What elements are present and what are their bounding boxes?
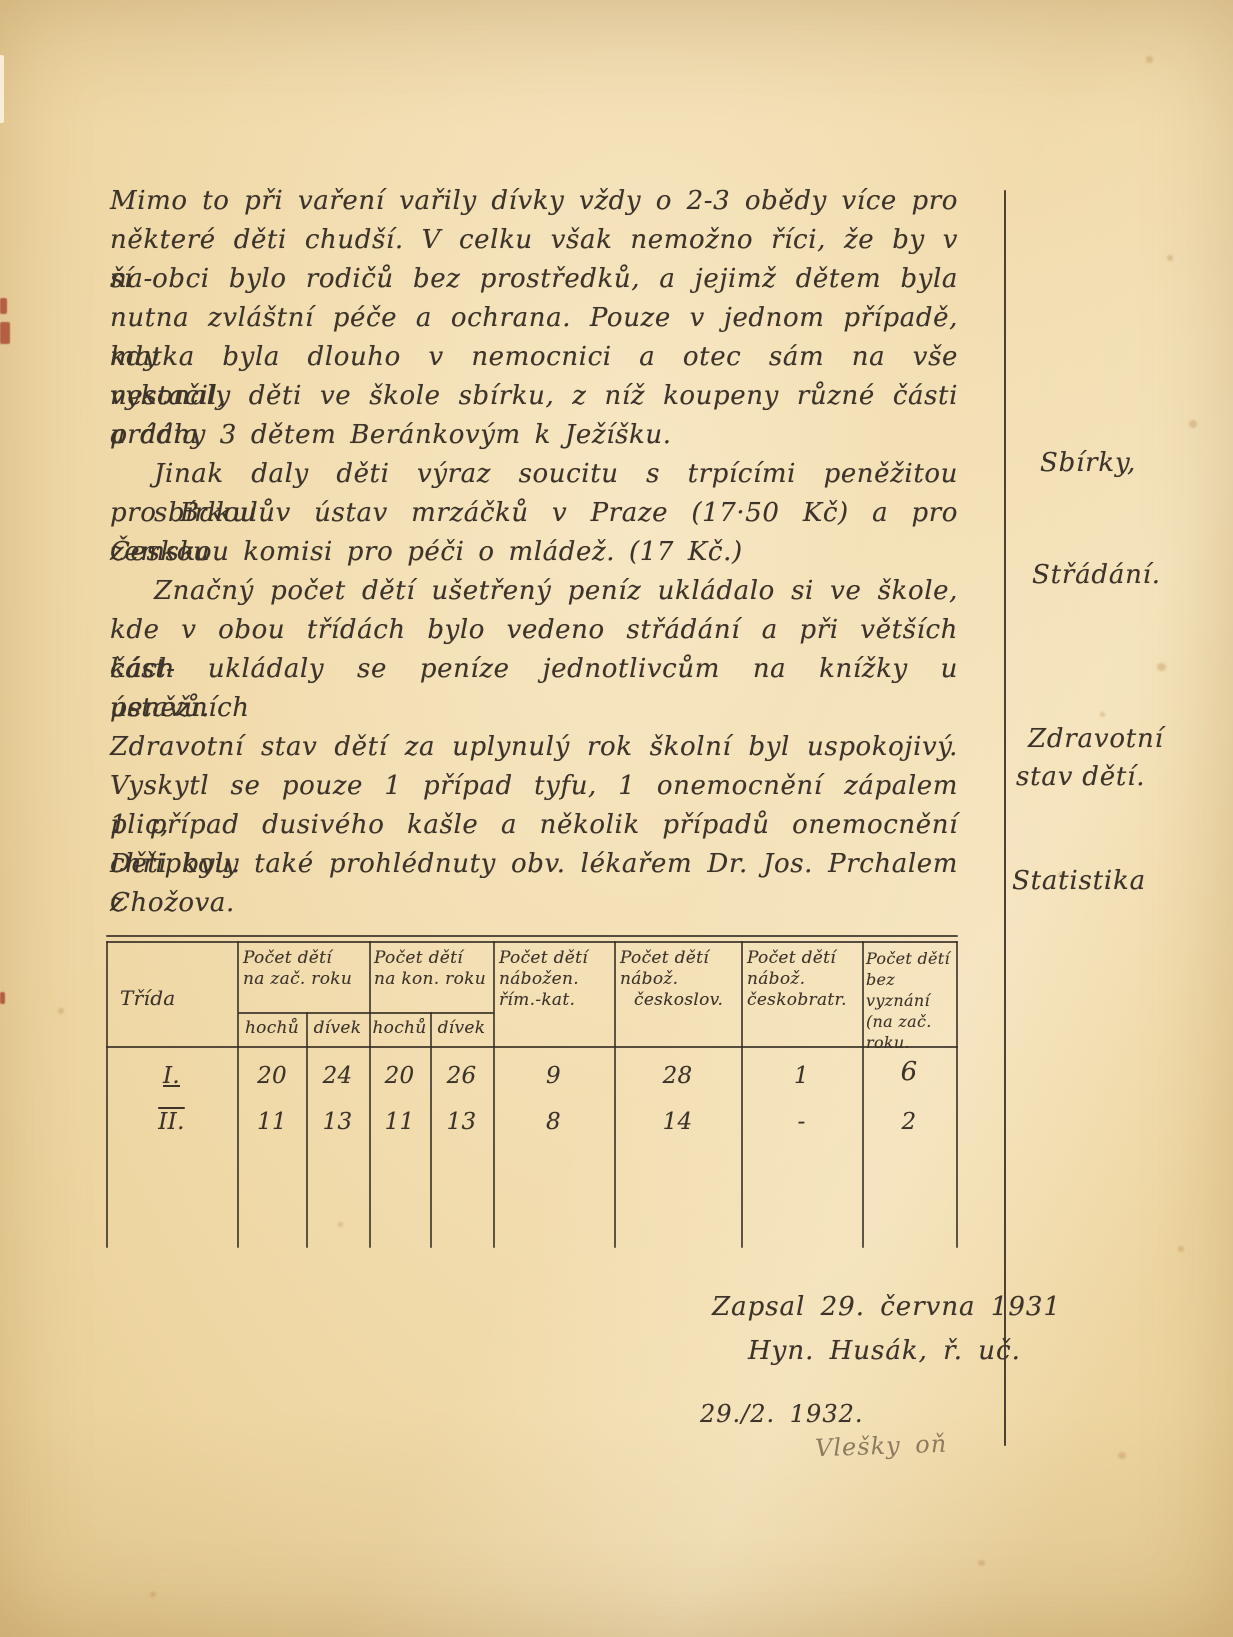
- table-header-religion: Počet dětí nábožen. řím.-kat.: [499, 948, 611, 1011]
- margin-note-sbirky: Sbírky,: [1040, 448, 1136, 478]
- foxing-spot: [1118, 1452, 1126, 1459]
- header-line: Počet dětí: [620, 948, 738, 969]
- row-cell: 1: [741, 1066, 862, 1087]
- table-subheader: dívek: [306, 1018, 369, 1039]
- header-line: řím.-kat.: [499, 990, 611, 1011]
- foxing-spot: [150, 1592, 156, 1597]
- table-vline: [614, 941, 616, 1248]
- header-line: Počet dětí: [747, 948, 859, 969]
- row-cell: 28: [614, 1066, 741, 1087]
- header-line: Počet dětí: [243, 948, 367, 969]
- row-cell: 14: [614, 1112, 741, 1133]
- body-line: Chožova.: [110, 884, 958, 923]
- table-header-religion: Počet dětí bez vyznání (na zač. roku.: [866, 948, 956, 1053]
- table-vline: [369, 941, 371, 1248]
- body-line: Značný počet dětí ušetřený peníz ukládal…: [110, 572, 958, 611]
- header-line: bez vyznání: [866, 969, 956, 1011]
- roman-numeral: I.: [163, 1063, 180, 1089]
- row-trida: I.: [106, 1066, 237, 1087]
- table-header-religion: Počet dětí nábož. českobratr.: [747, 948, 859, 1011]
- chronicle-page: Mimo to při vaření vařily dívky vždy o 2…: [0, 0, 1233, 1637]
- pencil-signature: Vlešky oň: [815, 1430, 948, 1463]
- header-line: nábož.: [620, 969, 738, 990]
- header-line: nábožen.: [499, 969, 611, 990]
- body-line: zemskou komisi pro péči o mládež. (17 Kč…: [110, 533, 958, 572]
- row-cell: 24: [306, 1066, 369, 1087]
- body-line: některé děti chudší. V celku však nemožn…: [110, 221, 958, 260]
- header-line: na kon. roku: [374, 969, 492, 990]
- margin-rule: [1004, 190, 1006, 1446]
- margin-note-zdravotni: stav dětí.: [1016, 762, 1145, 792]
- foxing-spot: [1146, 56, 1153, 63]
- body-line: Mimo to při vaření vařily dívky vždy o 2…: [110, 182, 958, 221]
- table-vline: [237, 941, 239, 1248]
- table-header-trida: Třída: [120, 988, 237, 1009]
- signature-name-line: Hyn. Husák, ř. uč.: [748, 1336, 1021, 1366]
- table-top-rule-inner: [106, 941, 958, 943]
- body-line: Děti byly také prohlédnuty obv. lékařem …: [110, 845, 958, 884]
- row-cell: 2: [862, 1112, 956, 1133]
- table-subheader: hochů: [369, 1018, 430, 1039]
- row-cell: 13: [306, 1112, 369, 1133]
- table-subheader: hochů: [238, 1018, 306, 1039]
- header-line: nábož.: [747, 969, 859, 990]
- foxing-spot: [58, 1008, 64, 1014]
- body-line: kách ukládaly se peníze jednotlivcům na …: [110, 650, 958, 689]
- foxing-spot: [1167, 255, 1173, 261]
- foxing-spot: [338, 1222, 343, 1227]
- row-cell: 6: [862, 1062, 956, 1083]
- body-line: Vyskytl se pouze 1 případ tyfu, 1 onemoc…: [110, 767, 958, 806]
- body-line: vykonaly děti ve škole sbírku, z níž kou…: [110, 377, 958, 416]
- body-line: matka byla dlouho v nemocnici a otec sám…: [110, 338, 958, 377]
- row-cell: 13: [430, 1112, 493, 1133]
- row-cell: 11: [238, 1112, 306, 1133]
- foxing-spot: [1178, 1246, 1184, 1252]
- table-header-group: Počet dětí na kon. roku: [374, 948, 492, 990]
- body-text: Mimo to při vaření vařily dívky vždy o 2…: [110, 182, 958, 923]
- margin-note-zdravotni: Zdravotní: [1028, 724, 1164, 754]
- row-cell: 20: [238, 1066, 306, 1087]
- signature-date-line: Zapsal 29. června 1931: [712, 1292, 1061, 1322]
- margin-note-stradani: Střádání.: [1032, 560, 1161, 590]
- table-vline: [862, 941, 864, 1248]
- body-line: nutna zvláštní péče a ochrana. Pouze v j…: [110, 299, 958, 338]
- header-line: Počet dětí: [866, 948, 956, 969]
- table-header-bottom-rule: [106, 1046, 958, 1048]
- row-cell: -: [741, 1112, 862, 1133]
- table-header-group: Počet dětí na zač. roku: [243, 948, 367, 990]
- body-line: ší obci bylo rodičů bez prostředků, a je…: [110, 260, 958, 299]
- row-trida: II.: [106, 1112, 237, 1133]
- row-cell: 8: [493, 1112, 614, 1133]
- table-vline: [741, 941, 743, 1248]
- table-vline: [106, 941, 108, 1248]
- body-line: kde v obou třídách bylo vedeno střádání …: [110, 611, 958, 650]
- header-line: českoslov.: [620, 990, 738, 1011]
- header-line: českobratr.: [747, 990, 859, 1011]
- foxing-spot: [1189, 420, 1197, 428]
- body-line: Jinak daly děti výraz soucitu s trpícími…: [110, 455, 958, 494]
- body-line: 1 případ dusivého kašle a několik případ…: [110, 806, 958, 845]
- header-line: na zač. roku: [243, 969, 367, 990]
- table-header-religion: Počet dětí nábož. českoslov.: [620, 948, 738, 1011]
- foxing-spot: [1100, 712, 1105, 717]
- red-edge-mark: [0, 322, 10, 344]
- row-cell: 26: [430, 1066, 493, 1087]
- row-cell: 20: [369, 1066, 430, 1087]
- body-line: Zdravotní stav dětí za uplynulý rok škol…: [110, 728, 958, 767]
- header-line: Počet dětí: [374, 948, 492, 969]
- red-edge-mark: [0, 992, 5, 1004]
- table-subheader: dívek: [430, 1018, 493, 1039]
- table-vline: [493, 941, 495, 1248]
- row-cell: 9: [493, 1066, 614, 1087]
- roman-numeral: II.: [158, 1109, 184, 1135]
- paper-edge-notch: [0, 55, 4, 123]
- table-subheader-rule: [238, 1012, 494, 1014]
- inspection-date-note: 29./2. 1932.: [700, 1400, 864, 1428]
- header-line: Počet dětí: [499, 948, 611, 969]
- row-cell: 11: [369, 1112, 430, 1133]
- margin-note-statistika: Statistika: [1012, 866, 1146, 896]
- red-edge-mark: [0, 298, 7, 314]
- foxing-spot: [978, 1560, 985, 1566]
- table-vline: [956, 941, 958, 1248]
- header-line: (na zač. roku.: [866, 1011, 956, 1053]
- body-line: a dány 3 dětem Beránkovým k Ježíšku.: [110, 416, 958, 455]
- body-line: pro Bakulův ústav mrzáčků v Praze (17·50…: [110, 494, 958, 533]
- foxing-spot: [1157, 663, 1166, 671]
- table-top-rule: [106, 935, 958, 937]
